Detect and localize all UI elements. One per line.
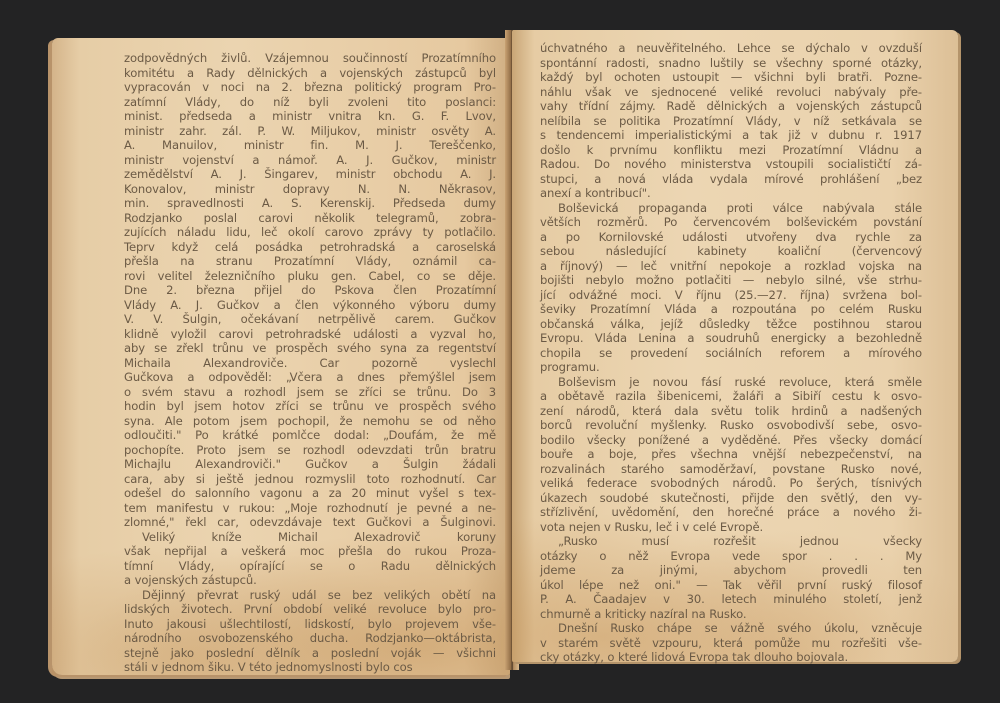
text-line: rovi velitel železničního pluku gen. Cab… (124, 269, 496, 284)
text-line: zlomné," řekl car, odevzdávaje text Gučk… (124, 515, 496, 530)
text-line: došlo k prvnímu konfliktu mezi Prozatímn… (540, 143, 922, 158)
text-line: stejně jako poslední dělník a poslední v… (124, 646, 496, 661)
text-line: Rodzjanko poslal carovi několik telegram… (124, 211, 496, 226)
left-page-text: zodpovědných živlů. Vzájemnou součinnost… (124, 51, 496, 675)
text-line: chmurně a kriticky nazíral na Rusko. (540, 607, 922, 622)
text-line: nelíbila se politika Prozatímní Vlády, v… (540, 114, 922, 129)
text-line: vota nejen v Rusku, leč i v celé Evropě. (540, 520, 922, 535)
text-line: Dějinný převrat ruský udál se bez veliký… (124, 588, 496, 603)
text-line: chopila se provedení sociálních reforem … (540, 346, 922, 361)
text-line: Gučkova a odpověděl: „Včera a dnes přemý… (124, 370, 496, 385)
text-line: a po Kornilovské události utvořeny dva r… (540, 230, 922, 245)
text-line: otázky o něž Evropa vede spor . . . My (540, 549, 922, 564)
text-line: přešla na stranu Prozatímní Vlády, oznám… (124, 254, 496, 269)
text-line: větších rozměrů. Po červencovém bolševic… (540, 215, 922, 230)
text-line: Radou. Do nového ministerstva vstoupili … (540, 157, 922, 172)
text-line: zujících náladu lidu, leč okolí carovo z… (124, 225, 496, 240)
text-line: Bolševism je novou fásí ruské revoluce, … (540, 375, 922, 390)
text-line: cara, aby si ještě jednou rozmyslil toto… (124, 472, 496, 487)
text-line: tímní Vlády, opírající se o Radu dělnick… (124, 559, 496, 574)
text-line: úkazech soudobé skutečnosti, přijde den … (540, 491, 922, 506)
text-line: zodpovědných živlů. Vzájemnou součinnost… (124, 51, 496, 66)
text-line: a říjnový) — leč vnitřní nepokoje a rozk… (540, 259, 922, 274)
text-line: zení národů, která dala světu tolik hrdi… (540, 404, 922, 419)
right-page-text: úchvatného a neuvěřitelného. Lehce se dý… (540, 41, 922, 665)
text-line: o svém stavu a rozhodl jsem se zříci se … (124, 385, 496, 400)
text-line: veliká federace svobodných národů. Po še… (540, 476, 922, 491)
text-line: spontánní radosti, snadno luštily se vše… (540, 56, 922, 71)
text-line: a vojenských zástupců. (124, 573, 496, 588)
text-line: bodilo všecky ponížené a vyděděné. Přes … (540, 433, 922, 448)
text-line: Vlády A. J. Gučkov a člen výkonného výbo… (124, 298, 496, 313)
text-line: rozvalinách starého samoděržaví, povstan… (540, 462, 922, 477)
text-line: cky otázky, o které lidová Evropa tak dl… (540, 650, 922, 665)
text-line: klidně vyložil carovi petrohradské událo… (124, 327, 496, 342)
text-line: ministr zahr. zál. P. W. Miljukov, minis… (124, 124, 496, 139)
text-line: komitétu a Rady dělnických a vojenských … (124, 66, 496, 81)
text-line: lidských životech. První období veliké r… (124, 602, 496, 617)
text-line: Evropu. Vláda Lenina a soudruhů energick… (540, 331, 922, 346)
text-line: programu. (540, 360, 922, 375)
text-line: střízlivění, uvědomění, den horečné prác… (540, 505, 922, 520)
text-line: Michaila Alexandroviče. Car pozorně vysl… (124, 356, 496, 371)
text-line: minist. předseda a ministr vnitra kn. G.… (124, 109, 496, 124)
text-line: Dne 2. března přijel do Pskova člen Proz… (124, 283, 496, 298)
right-page: úchvatného a neuvěřitelného. Lehce se dý… (512, 30, 958, 662)
text-line: P. A. Čaadajev v 30. letech minulého sto… (540, 592, 922, 607)
text-line: sebou následující kabinety koaliční (čer… (540, 244, 922, 259)
text-line: min. spravedlnosti A. S. Kerenskij. Před… (124, 196, 496, 211)
text-line: odloučiti." Po krátké pomlčce dodal: „Do… (124, 428, 496, 443)
text-line: borců revoluční myšlenky. Rusko osvobodi… (540, 418, 922, 433)
text-line: jící odvážné moci. V říjnu (25.—27. říjn… (540, 288, 922, 303)
text-line: hodin byl jsem hotov zříci se trůnu ve p… (124, 399, 496, 414)
text-line: A. Manuilov, ministr fin. M. J. Tereščen… (124, 138, 496, 153)
text-line: a obětavě razila šibenicemi, žaláři a Si… (540, 389, 922, 404)
text-line: Teprv když celá posádka petrohradská a c… (124, 240, 496, 255)
text-line: pochopíte. Proto jsem se rozhodl odevzda… (124, 443, 496, 458)
text-line: náhlu však ve sjednocené veliké revoluci… (540, 85, 922, 100)
text-line: stáli v jednom šiku. V této jednomyslnos… (124, 660, 496, 675)
text-line: národního osvobozenského ducha. Rodzjank… (124, 631, 496, 646)
text-line: tem manifestu v rukou: „Moje rozhodnutí … (124, 501, 496, 516)
text-line: vypracován v noci na 2. března politický… (124, 80, 496, 95)
text-line: zatímní Vlády, do níž byli zvoleni tito … (124, 95, 496, 110)
text-line: Dnešní Rusko chápe se vážně svého úkolu,… (540, 621, 922, 636)
text-line: anexí a kontribucí". (540, 186, 922, 201)
text-line: V. V. Šulgin, očekávaní netrpělivě carem… (124, 312, 496, 327)
text-line: „Rusko musí rozřešit jednou všecky (540, 534, 922, 549)
text-line: odešel do salonního vagonu a za 20 minut… (124, 486, 496, 501)
text-line: však nepřijal a veškerá moc přešla do ru… (124, 544, 496, 559)
text-line: ševiky Prozatímní Vláda a rozpoutána po … (540, 302, 922, 317)
open-booklet: zodpovědných živlů. Vzájemnou součinnost… (0, 0, 1000, 703)
text-line: úkol lépe než oni." — Tak věřil první ru… (540, 578, 922, 593)
text-line: stupci, a nová vláda vydala mírové prohl… (540, 172, 922, 187)
text-line: úchvatného a neuvěřitelného. Lehce se dý… (540, 41, 922, 56)
text-line: jdeme za jinými, abychom provedli ten (540, 563, 922, 578)
text-line: Konovalov, ministr dopravy N. N. Někraso… (124, 182, 496, 197)
text-line: v starém světě vzpouru, která pomůže mu … (540, 636, 922, 651)
text-line: vahy třídní zájmy. Radě dělnických a voj… (540, 99, 922, 114)
text-line: Michajlu Alexandroviči." Gučkov a Šulgin… (124, 457, 496, 472)
text-line: aby se zřekl trůnu ve prospěch svého syn… (124, 341, 496, 356)
text-line: Inuto jakousi ušlechtilostí, lidskostí, … (124, 617, 496, 632)
text-line: každý byl ochoten ustoupit — všichni byl… (540, 70, 922, 85)
left-page: zodpovědných živlů. Vzájemnou součinnost… (52, 38, 510, 675)
text-line: bouře a boje, přes všechna vnější nebezp… (540, 447, 922, 462)
text-line: bojišti nebylo možno potlačiti — nebylo … (540, 273, 922, 288)
text-line: ministr vojenství a námoř. A. J. Gučkov,… (124, 153, 496, 168)
text-line: Veliký kníže Michail Alexadrovič koruny (124, 530, 496, 545)
text-line: občanská válka, jejíž důsledky těžce pos… (540, 317, 922, 332)
text-line: zemědělství A. J. Šingarev, ministr obch… (124, 167, 496, 182)
text-line: syna. Ale potom jsem pochopil, že nemohu… (124, 414, 496, 429)
text-line: s tendencemi imperialistickými a tak již… (540, 128, 922, 143)
text-line: Bolševická propaganda proti válce nabýva… (540, 201, 922, 216)
